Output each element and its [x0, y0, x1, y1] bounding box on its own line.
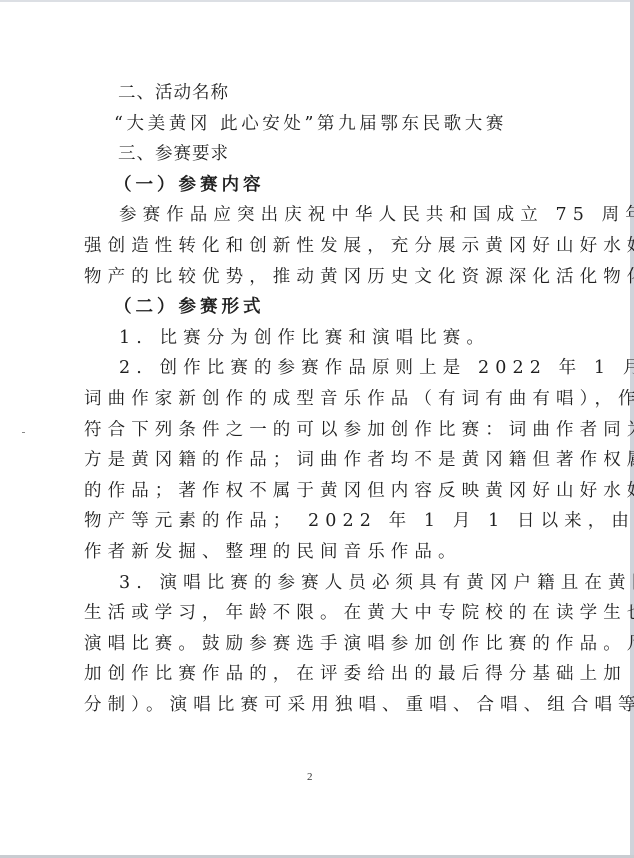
page-number: 2 — [307, 771, 313, 783]
subsection-heading-content: （一）参赛内容 — [84, 170, 550, 201]
paragraph-line: 2. 创作比赛的参赛作品原则上是 2022 年 1 月 1 日以来本地 — [84, 353, 550, 384]
viewer-top-border — [0, 0, 634, 2]
paragraph-line: 方是黄冈籍的作品；词曲作者均不是黄冈籍但著作权属于黄冈 — [84, 445, 550, 476]
scan-margin-mark — [22, 432, 25, 433]
paragraph-line: 作者新发掘、整理的民间音乐作品。 — [84, 537, 550, 568]
paragraph-line: 物产等元素的作品； 2022 年 1 月 1 日以来，由黄冈本地音乐工 — [84, 506, 550, 537]
section-heading-activity-name: 二、活动名称 — [84, 78, 550, 109]
paragraph-line: 生活或学习，年龄不限。在黄大中专院校的在读学生也可参加 — [84, 598, 550, 629]
paragraph-line: 物产的比较优势，推动黄冈历史文化资源深化活化物化。 — [84, 262, 550, 293]
document-page: 二、活动名称 “大美黄冈 此心安处”第九届鄂东民歌大赛 三、参赛要求 （一）参赛… — [84, 78, 550, 720]
paragraph-line: 参赛作品应突出庆祝中华人民共和国成立 75 周年主题，加 — [84, 200, 550, 231]
paragraph-line: 符合下列条件之一的可以参加创作比赛：词曲作者同为或有一 — [84, 415, 550, 446]
paragraph-line: 演唱比赛。鼓励参赛选手演唱参加创作比赛的作品。凡演唱参 — [84, 629, 550, 660]
paragraph-line: 分制）。演唱比赛可采用独唱、重唱、合唱、组合唱等形式。 — [84, 690, 550, 721]
activity-name-text: “大美黄冈 此心安处”第九届鄂东民歌大赛 — [84, 109, 550, 140]
subsection-heading-format: （二）参赛形式 — [84, 292, 550, 323]
paragraph-line: 3. 演唱比赛的参赛人员必须具有黄冈户籍且在黄冈工作、 — [84, 568, 550, 599]
paragraph-line: 的作品；著作权不属于黄冈但内容反映黄冈好山好水好文化好 — [84, 476, 550, 507]
section-heading-requirements: 三、参赛要求 — [84, 139, 550, 170]
paragraph-line: 强创造性转化和创新性发展，充分展示黄冈好山好水好文化好 — [84, 231, 550, 262]
paragraph-line: 词曲作家新创作的成型音乐作品（有词有曲有唱），作品版权 — [84, 384, 550, 415]
paragraph-line: 1. 比赛分为创作比赛和演唱比赛。 — [84, 323, 550, 354]
paragraph-line: 加创作比赛作品的，在评委给出的最后得分基础上加 0.1 分（10 — [84, 659, 550, 690]
